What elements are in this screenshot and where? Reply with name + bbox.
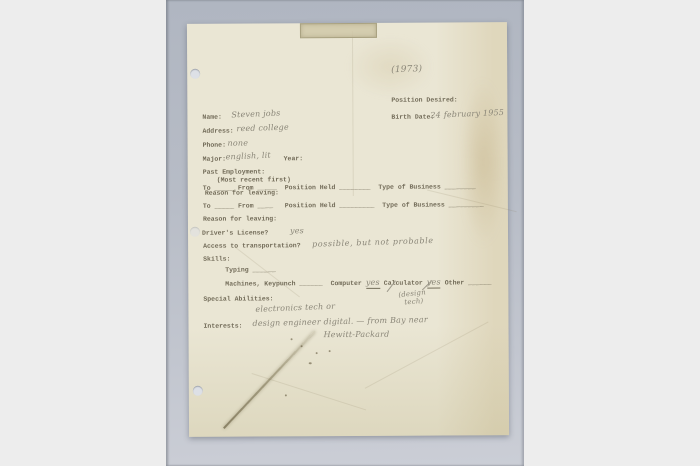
address-label: Address: (202, 129, 233, 136)
employment-row-2: To _____ From ____ Position Held _______… (203, 202, 484, 210)
paper-stain (459, 77, 506, 247)
position-desired-label: Position Desired: (391, 97, 457, 104)
paper-stain (189, 325, 510, 437)
other-label: Other ______ (445, 280, 492, 287)
typing-field: Typing ______ (225, 267, 276, 274)
birth-date-label: Birth Date: (391, 115, 434, 122)
birth-date-value: 24 february 1955 (430, 109, 504, 120)
special-abilities-label: Special Abilities: (203, 296, 273, 303)
major-label: Major: (203, 157, 226, 164)
past-employment-label: Past Employment: (203, 169, 265, 176)
punch-hole-top (190, 69, 200, 79)
handwritten-year-note: (1973) (391, 65, 422, 75)
address-value: reed college (236, 124, 289, 134)
major-value: english, lit (225, 152, 270, 162)
name-label: Name: (202, 115, 222, 122)
paper-speck (329, 350, 331, 352)
paper-speck (291, 338, 293, 340)
reason-for-leaving-2: Reason for leaving: (203, 216, 277, 223)
interests-label: Interests: (203, 324, 242, 331)
punch-hole-middle (190, 227, 200, 237)
interests-value-line1: design engineer digital. — from Bay near (252, 316, 427, 328)
phone-value: none (228, 140, 249, 148)
machines-keypunch-label: Machines, Keypunch ______ Computer (225, 281, 362, 288)
document-photo: (1973) Position Desired: Birth Date: 24 … (166, 0, 524, 466)
paper-wrinkle (352, 31, 354, 196)
paper-stain (435, 22, 509, 435)
image-viewer-page: (1973) Position Desired: Birth Date: 24 … (0, 0, 700, 466)
transportation-value: possible, but not probable (312, 237, 434, 249)
drivers-license-value: yes (290, 227, 304, 235)
punch-hole-bottom (193, 386, 203, 396)
paper-speck (316, 352, 318, 354)
job-application-paper: (1973) Position Desired: Birth Date: 24 … (187, 22, 509, 437)
year-label: Year: (284, 156, 304, 163)
name-value: Steven jobs (231, 109, 280, 119)
drivers-license-label: Driver's License? (202, 230, 268, 237)
design-tech-annotation-line2: tech) (404, 298, 424, 306)
paper-speck (301, 345, 303, 347)
skills-label: Skills: (203, 257, 230, 264)
paper-speck (285, 394, 287, 396)
most-recent-note: (Most recent first) (217, 177, 291, 184)
phone-label: Phone: (203, 143, 226, 150)
interests-value-line2: Hewitt-Packard (324, 331, 390, 339)
special-abilities-value: electronics tech or (255, 303, 335, 314)
computer-value: yes (366, 279, 380, 289)
transportation-label: Access to transportation? (203, 243, 301, 250)
paper-speck (309, 362, 312, 364)
machines-row: Machines, Keypunch ______ Computer yes C… (225, 278, 491, 289)
reason-for-leaving-1: Reason for leaving: (205, 190, 279, 197)
tape-strip (300, 23, 377, 38)
